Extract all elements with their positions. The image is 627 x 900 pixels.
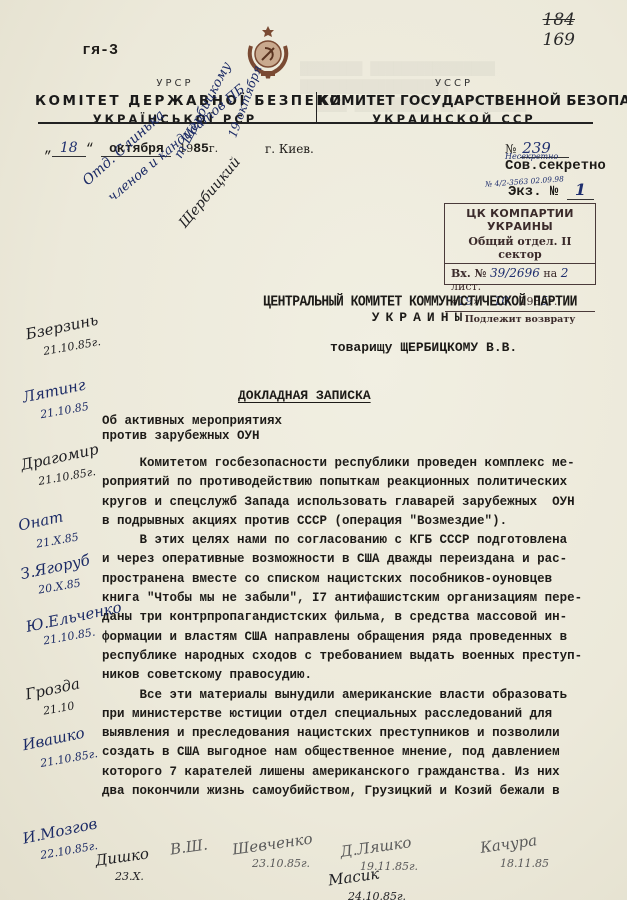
archive-page-number: 184 169 — [543, 10, 575, 50]
body-line: В этих целях нами по согласованию с КГБ … — [102, 531, 617, 550]
body-line: формации и властям США направлены обраще… — [102, 628, 617, 647]
date-day: 18 — [52, 140, 86, 157]
body-line: создать в США выгодное нам общественное … — [102, 743, 617, 762]
org-name-ru: КОМИТЕТ ГОСУДАРСТВЕННОЙ БЕЗОПАСНОСТИ — [318, 93, 590, 109]
republic-abbr-ua: УРСР — [35, 78, 315, 89]
document-title: ДОКЛАДНАЯ ЗАПИСКА — [238, 388, 371, 403]
handwritten-signature: Щербицкий — [176, 154, 244, 231]
document-page: ████████ ████████████████ ██████████████… — [0, 0, 627, 900]
letterhead-ukrainian: УРСР КОМІТЕТ ДЕРЖАВНОЇ БЕЗПЕКИ УКРАЇНСЬК… — [35, 78, 315, 126]
copy-label: Экз. № — [508, 184, 558, 200]
signature-date: 21.10.85 — [39, 400, 89, 421]
addressee-line1: ЦЕНТРАЛЬНЫЙ КОМИТЕТ КОММУНИСТИЧЕСКОЙ ПАР… — [230, 293, 610, 310]
stamp-org: ЦК КОМПАРТИИ УКРАИНЫ — [445, 207, 595, 233]
signature-name: Дишко — [94, 844, 150, 869]
classification-level: Сов.секретно — [505, 158, 606, 174]
stamp-dept: Общий отдел. II сектор — [445, 235, 595, 261]
signature-name: В.Ш. — [169, 835, 209, 858]
addressee-person: товарищу ЩЕРБИЦКОМУ В.В. — [330, 340, 517, 355]
signature-date: 18.11.85 — [500, 857, 549, 870]
archive-page-old: 184 — [543, 10, 575, 30]
document-code: гя-3 — [82, 42, 118, 59]
body-line: при министерстве юстиции отдел специальн… — [102, 705, 617, 724]
copy-value: 1 — [567, 180, 594, 200]
date-year-suffix: г. — [209, 142, 218, 155]
body-line: кругов и спецслужб Запада использовать г… — [102, 493, 617, 512]
body-line: выявления и преследования нацистских пре… — [102, 724, 617, 743]
addressee-line2: УКРАИНЫ — [230, 310, 610, 325]
signature-name: З.Ягоруб — [19, 551, 92, 583]
signature-date: 24.10.85г. — [348, 890, 406, 900]
body-line: два покончили жизнь самоубийством, Грузи… — [102, 782, 617, 801]
stamp-sheets-suffix: лист. — [451, 280, 481, 293]
subject-line: против зарубежных ОУН — [102, 429, 282, 444]
signature-name: Качура — [479, 831, 538, 857]
city: г. Киев. — [265, 142, 314, 156]
signature-date: 21.10 — [42, 699, 75, 717]
signature-date: 23.X. — [115, 870, 144, 883]
body-line: ников советскому правосудию. — [102, 666, 617, 685]
document-body: Комитетом госбезопасности республики про… — [102, 454, 617, 801]
body-line: Все эти материалы вынудили американские … — [102, 686, 617, 705]
archive-page-new: 169 — [543, 30, 575, 50]
date-year: 85 — [193, 141, 209, 156]
stamp-incoming: Вх. № 39/2696 на 2 лист. — [445, 263, 595, 293]
stamp-sheets-prefix: на — [543, 267, 557, 280]
body-line: даны три контрпропагандистских фильма, в… — [102, 608, 617, 627]
signature-name: Масик — [327, 865, 380, 890]
body-line: роприятий по противодействию попыткам ре… — [102, 473, 617, 492]
signature-date: 23.10.85г. — [252, 857, 310, 870]
signature-date: 21.X.85 — [35, 530, 79, 550]
document-subject: Об активных мероприятиях против зарубежн… — [102, 414, 282, 444]
signature-name: Шевченко — [231, 829, 314, 858]
org-name-ua: КОМІТЕТ ДЕРЖАВНОЇ БЕЗПЕКИ — [35, 93, 315, 109]
signature-date: 20.X.85 — [37, 576, 81, 596]
republic-abbr-ru: УССР — [318, 78, 590, 89]
copy-number: Экз. № 1 — [508, 180, 594, 200]
stamp-sheets: 2 — [561, 266, 569, 280]
signature-name: Д.Ляшко — [339, 833, 412, 861]
body-line: в подрывных акциях против СССР (операция… — [102, 512, 617, 531]
body-line: которого 7 карателей лишены американског… — [102, 763, 617, 782]
stamp-incoming-number: 39/2696 — [490, 266, 540, 280]
letterhead-divider — [316, 92, 317, 122]
letterhead-russian: УССР КОМИТЕТ ГОСУДАРСТВЕННОЙ БЕЗОПАСНОСТ… — [318, 78, 590, 126]
body-line: республике народных сходов с требованием… — [102, 647, 617, 666]
letterhead-rule — [38, 122, 593, 124]
incoming-stamp: ЦК КОМПАРТИИ УКРАИНЫ Общий отдел. II сек… — [444, 203, 596, 285]
stamp-incoming-label: Вх. № — [451, 267, 486, 280]
body-line: Комитетом госбезопасности республики про… — [102, 454, 617, 473]
subject-line: Об активных мероприятиях — [102, 414, 282, 429]
body-line: книга "Чтобы мы не забыли", I7 антифашис… — [102, 589, 617, 608]
body-line: и через оперативные возможности в США дв… — [102, 550, 617, 569]
signature-name: Онат — [17, 507, 65, 534]
body-line: пространена вместе со списком нацистских… — [102, 570, 617, 589]
signature-date: 21.10.85г. — [42, 335, 101, 358]
signature-date: 21.10.85г. — [39, 747, 98, 770]
